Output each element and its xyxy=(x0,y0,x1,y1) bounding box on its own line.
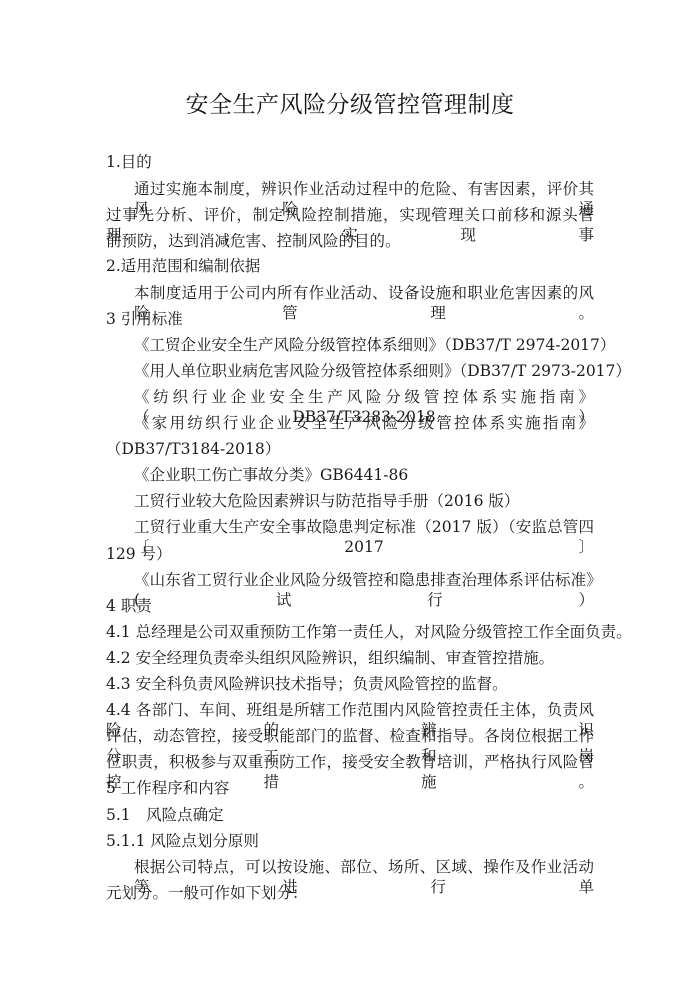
paragraph-line: 3 引用标准 xyxy=(106,309,594,329)
paragraph-line: 《家用纺织行业企业安全生产风险分级管控体系实施指南》 xyxy=(134,413,594,433)
paragraph-line: 元划分。一般可作如下划分： xyxy=(106,883,594,903)
paragraph-line: 1.目的 xyxy=(106,152,594,172)
paragraph-line: 5 工作程序和内容 xyxy=(106,778,594,798)
paragraph-line: 129 号） xyxy=(106,544,594,564)
paragraph-line: 2.适用范围和编制依据 xyxy=(106,256,594,276)
document-page: 安全生产风险分级管控管理制度 1.目的通过实施本制度，辨识作业活动过程中的危险、… xyxy=(0,0,700,990)
paragraph-line: 工贸行业较大危险因素辨识与防范指导手册（2016 版） xyxy=(134,491,594,511)
paragraph-line: 《工贸企业安全生产风险分级管控体系细则》（DB37/T 2974-2017） xyxy=(134,335,594,355)
paragraph-line: 《用人单位职业病危害风险分级管控体系细则》（DB37/T 2973-2017） xyxy=(134,361,594,381)
paragraph-line: （DB37/T3184-2018） xyxy=(106,439,594,459)
paragraph-line: 5.1.1 风险点划分原则 xyxy=(106,831,594,851)
paragraph-line: 4.1 总经理是公司双重预防工作第一责任人，对风险分级管控工作全面负责。 xyxy=(106,622,594,642)
paragraph-line: 4.3 安全科负责风险辨识技术指导；负责风险管控的监督。 xyxy=(106,674,594,694)
paragraph-line: 《企业职工伤亡事故分类》GB6441-86 xyxy=(134,465,594,485)
paragraph-line: 前预防，达到消减危害、控制风险的目的。 xyxy=(106,231,594,251)
paragraph-line: 5.1 风险点确定 xyxy=(106,805,594,825)
paragraph-line: 4 职责 xyxy=(106,596,594,616)
paragraph-line: 4.2 安全经理负责牵头组织风险辨识，组织编制、审查管控措施。 xyxy=(106,648,594,668)
document-title: 安全生产风险分级管控管理制度 xyxy=(0,86,700,119)
